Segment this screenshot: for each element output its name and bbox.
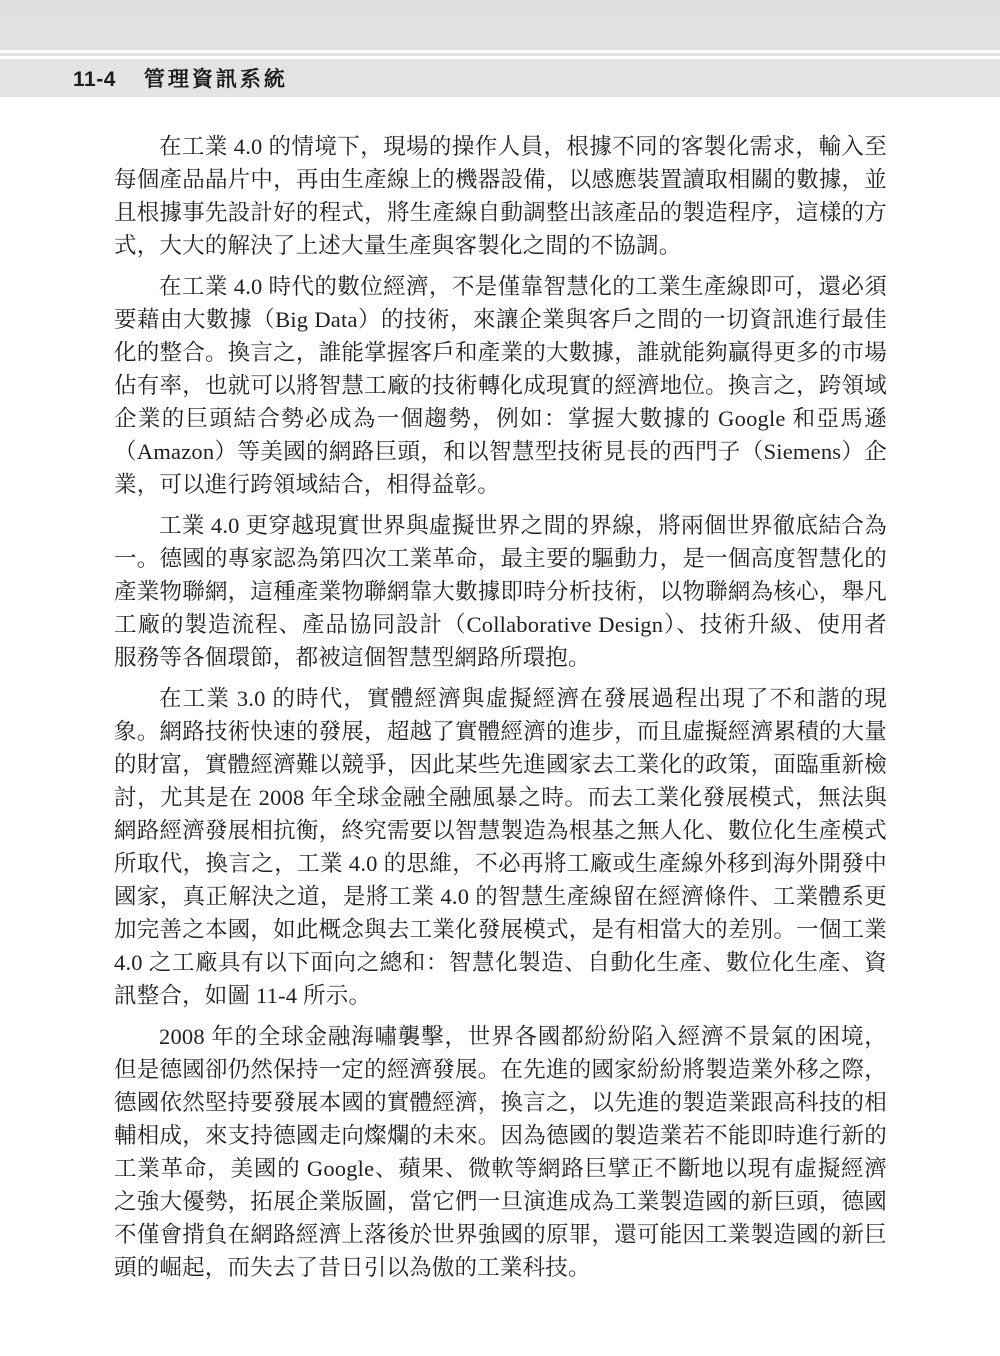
book-section-title: 管理資訊系統 [144, 68, 288, 91]
header-divider-line [0, 50, 1000, 53]
running-head: 11-4管理資訊系統 [73, 63, 288, 93]
header-divider-line [0, 56, 1000, 59]
page-number: 11-4 [73, 68, 116, 91]
body-paragraph: 工業 4.0 更穿越現實世界與虛擬世界之間的界線，將兩個世界徹底結合為一。德國的… [114, 509, 887, 674]
body-paragraph: 在工業 4.0 時代的數位經濟，不是僅靠智慧化的工業生產線即可，還必須要藉由大數… [114, 270, 887, 501]
body-paragraph: 在工業 3.0 的時代，實體經濟與虛擬經濟在發展過程出現了不和諧的現象。網路技術… [114, 682, 887, 1012]
body-paragraph: 在工業 4.0 的情境下，現場的操作人員，根據不同的客製化需求，輸入至每個產品晶… [114, 130, 887, 262]
page-header: 11-4管理資訊系統 [0, 0, 1000, 97]
body-paragraph: 2008 年的全球金融海嘯襲擊，世界各國都紛紛陷入經濟不景氣的困境，但是德國卻仍… [114, 1020, 887, 1284]
page-body: 在工業 4.0 的情境下，現場的操作人員，根據不同的客製化需求，輸入至每個產品晶… [0, 97, 1000, 1292]
